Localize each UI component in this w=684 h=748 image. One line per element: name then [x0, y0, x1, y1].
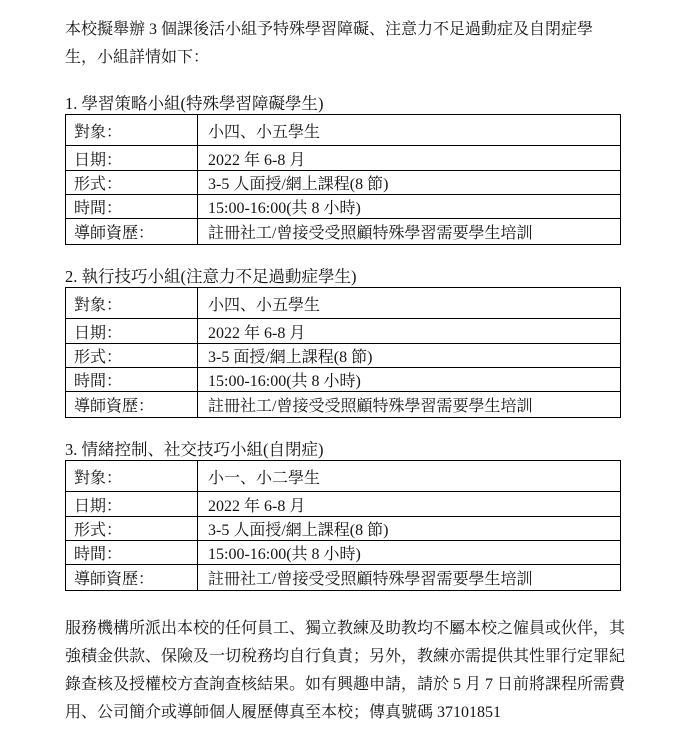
intro-line: 生，小組詳情如下：	[65, 44, 624, 72]
table-row: 時間： 15:00-16:00(共 8 小時)	[66, 195, 621, 219]
row-value: 15:00-16:00(共 8 小時)	[198, 368, 621, 392]
table-row: 對象： 小四、小五學生	[66, 115, 621, 146]
row-value: 註冊社工/曾接受受照顧特殊學習需要學生培訓	[198, 565, 621, 591]
row-value: 註冊社工/曾接受受照顧特殊學習需要學生培訓	[198, 392, 621, 418]
document-page: 本校擬舉辦 3 個課後活小組予特殊學習障礙、注意力不足過動症及自閉症學 生，小組…	[0, 0, 684, 748]
table-row: 形式： 3-5 面授/網上課程(8 節)	[66, 344, 621, 368]
table-row: 時間： 15:00-16:00(共 8 小時)	[66, 541, 621, 565]
row-value: 3-5 面授/網上課程(8 節)	[198, 344, 621, 368]
intro-line: 本校擬舉辦 3 個課後活小組予特殊學習障礙、注意力不足過動症及自閉症學	[65, 16, 624, 44]
row-value: 15:00-16:00(共 8 小時)	[198, 541, 621, 565]
row-label: 日期：	[66, 492, 198, 517]
row-value: 註冊社工/曾接受受照顧特殊學習需要學生培訓	[198, 219, 621, 245]
row-value: 2022 年 6-8 月	[198, 319, 621, 344]
section-1-table: 對象： 小四、小五學生 日期： 2022 年 6-8 月 形式： 3-5 人面授…	[65, 114, 621, 245]
row-value: 小四、小五學生	[198, 115, 621, 146]
row-label: 日期：	[66, 146, 198, 171]
section-2-heading: 2. 執行技巧小組(注意力不足過動症學生)	[65, 267, 624, 287]
footer-paragraph: 服務機構所派出本校的任何員工、獨立教練及助教均不屬本校之僱員或伙伴，其 強積金供…	[65, 615, 624, 727]
table-row: 導師資歷： 註冊社工/曾接受受照顧特殊學習需要學生培訓	[66, 219, 621, 245]
section-2-table: 對象： 小四、小五學生 日期： 2022 年 6-8 月 形式： 3-5 面授/…	[65, 287, 621, 418]
table-row: 日期： 2022 年 6-8 月	[66, 319, 621, 344]
row-label: 日期：	[66, 319, 198, 344]
table-row: 導師資歷： 註冊社工/曾接受受照顧特殊學習需要學生培訓	[66, 392, 621, 418]
row-label: 導師資歷：	[66, 219, 198, 245]
row-value: 15:00-16:00(共 8 小時)	[198, 195, 621, 219]
row-label: 導師資歷：	[66, 565, 198, 591]
row-label: 形式：	[66, 517, 198, 541]
intro-paragraph: 本校擬舉辦 3 個課後活小組予特殊學習障礙、注意力不足過動症及自閉症學 生，小組…	[65, 16, 624, 72]
row-label: 時間：	[66, 541, 198, 565]
row-label: 對象：	[66, 461, 198, 492]
table-row: 導師資歷： 註冊社工/曾接受受照顧特殊學習需要學生培訓	[66, 565, 621, 591]
row-label: 時間：	[66, 368, 198, 392]
section-3-heading: 3. 情緒控制、社交技巧小組(自閉症)	[65, 440, 624, 460]
footer-line: 強積金供款、保險及一切稅務均自行負責；另外，教練亦需提供其性罪行定罪紀	[65, 643, 624, 671]
row-label: 形式：	[66, 344, 198, 368]
footer-line: 服務機構所派出本校的任何員工、獨立教練及助教均不屬本校之僱員或伙伴，其	[65, 615, 624, 643]
table-row: 對象： 小四、小五學生	[66, 288, 621, 319]
table-row: 時間： 15:00-16:00(共 8 小時)	[66, 368, 621, 392]
row-value: 2022 年 6-8 月	[198, 492, 621, 517]
row-label: 形式：	[66, 171, 198, 195]
section-3-table: 對象： 小一、小二學生 日期： 2022 年 6-8 月 形式： 3-5 人面授…	[65, 460, 621, 591]
row-value: 小四、小五學生	[198, 288, 621, 319]
table-row: 對象： 小一、小二學生	[66, 461, 621, 492]
section-1-heading: 1. 學習策略小組(特殊學習障礙學生)	[65, 94, 624, 114]
row-label: 對象：	[66, 115, 198, 146]
table-row: 日期： 2022 年 6-8 月	[66, 492, 621, 517]
table-row: 形式： 3-5 人面授/網上課程(8 節)	[66, 171, 621, 195]
row-value: 3-5 人面授/網上課程(8 節)	[198, 171, 621, 195]
row-value: 3-5 人面授/網上課程(8 節)	[198, 517, 621, 541]
row-label: 導師資歷：	[66, 392, 198, 418]
footer-line: 用、公司簡介或導師個人履歷傳真至本校；傳真號碼 37101851	[65, 699, 624, 727]
table-row: 形式： 3-5 人面授/網上課程(8 節)	[66, 517, 621, 541]
footer-line: 錄查核及授權校方查詢查核結果。如有興趣申請，請於 5 月 7 日前將課程所需費	[65, 671, 624, 699]
row-value: 小一、小二學生	[198, 461, 621, 492]
row-label: 時間：	[66, 195, 198, 219]
row-label: 對象：	[66, 288, 198, 319]
table-row: 日期： 2022 年 6-8 月	[66, 146, 621, 171]
row-value: 2022 年 6-8 月	[198, 146, 621, 171]
